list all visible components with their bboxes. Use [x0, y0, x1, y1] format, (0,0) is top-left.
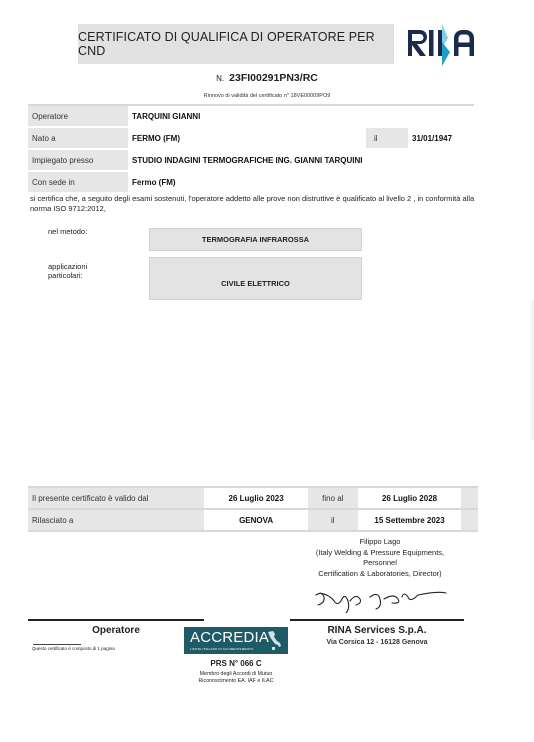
valid-from-value: 26 Luglio 2023: [204, 487, 308, 509]
rina-logo-icon: [406, 18, 478, 70]
table-row: Impiegato presso STUDIO INDAGINI TERMOGR…: [28, 149, 474, 171]
mutual-line1: Membro degli Accordi di Mutuo: [170, 671, 302, 678]
table-row: Rilasciato a GENOVA il 15 Settembre 2023: [28, 509, 478, 531]
signer-role-line3: Certification & Laboratories, Director): [290, 569, 470, 580]
issued-on-label: il: [308, 509, 358, 531]
employer-value: STUDIO INDAGINI TERMOGRAFICHE ING. GIANN…: [128, 149, 474, 171]
applications-label-line1: applicazioni: [48, 262, 87, 271]
certificate-title: CERTIFICATO DI QUALIFICA DI OPERATORE PE…: [78, 24, 394, 64]
company-signature-line: [290, 619, 464, 621]
table-row: Con sede in Fermo (FM): [28, 171, 474, 193]
method-value: TERMOGRAFIA INFRAROSSA: [149, 228, 362, 251]
birthplace-value: FERMO (FM): [128, 127, 366, 149]
issued-at-label: Rilasciato a: [28, 509, 204, 531]
accredia-brand: ACCREDIA: [190, 629, 269, 646]
applications-label: applicazioni particolari:: [48, 262, 87, 280]
method-label: nel metodo:: [48, 227, 87, 236]
signer-role-line1: (Italy Welding & Pressure Equipments,: [290, 548, 470, 559]
location-label: Con sede in: [28, 171, 128, 193]
page-edge-shadow: [528, 300, 534, 440]
accredia-logo: ACCREDIA L'ENTE ITALIANO DI ACCREDITAMEN…: [184, 627, 288, 654]
italy-map-icon: [266, 630, 282, 652]
issued-at-value: GENOVA: [204, 509, 308, 531]
birthdate-value: 31/01/1947: [408, 127, 474, 149]
location-value: Fermo (FM): [128, 171, 474, 193]
certificate-number-prefix: N.: [216, 74, 224, 83]
valid-from-label: Il presente certificato è valido dal: [28, 487, 204, 509]
rina-logo: [406, 18, 478, 70]
operator-value: TARQUINI GIANNI: [128, 105, 474, 127]
operator-label: Operatore: [28, 105, 128, 127]
signature-icon: [310, 587, 450, 613]
operator-signature-line: [28, 619, 204, 621]
applications-label-line2: particolari:: [48, 271, 87, 280]
divider: [33, 644, 81, 645]
pages-note: Questo certificato è composto di 1 pagin…: [32, 646, 115, 651]
prs-number: PRS N° 066 C: [184, 659, 288, 668]
table-row: Nato a FERMO (FM) il 31/01/1947: [28, 127, 474, 149]
company-address: Via Corsica 12 - 16128 Genova: [290, 639, 464, 646]
signer-block: Filippo Lago (Italy Welding & Pressure E…: [290, 537, 470, 579]
mutual-recognition-note: Membro degli Accordi di Mutuo Riconoscim…: [170, 671, 302, 685]
renewal-note: Rinnovo di validità del certificato n° 1…: [0, 93, 534, 99]
applications-value: CIVILE ELETTRICO: [149, 257, 362, 300]
mutual-line2: Riconoscimento EA, IAF e ILAC: [170, 678, 302, 685]
issued-on-value: 15 Settembre 2023: [358, 509, 462, 531]
table-row: Il presente certificato è valido dal 26 …: [28, 487, 478, 509]
signer-role-line2: Personnel: [290, 558, 470, 569]
table-row: Operatore TARQUINI GIANNI: [28, 105, 474, 127]
certification-statement: si certifica che, a seguito degli esami …: [30, 194, 480, 214]
company-name: RINA Services S.p.A.: [290, 625, 464, 636]
accredia-subtitle: L'ENTE ITALIANO DI ACCREDITAMENTO: [190, 647, 254, 651]
operator-table: Operatore TARQUINI GIANNI Nato a FERMO (…: [28, 104, 474, 194]
operator-signature-label: Operatore: [28, 625, 204, 636]
valid-until-label: fino al: [308, 487, 358, 509]
employer-label: Impiegato presso: [28, 149, 128, 171]
validity-table: Il presente certificato è valido dal 26 …: [28, 486, 478, 532]
valid-until-value: 26 Luglio 2028: [358, 487, 462, 509]
birthdate-label: il: [366, 127, 408, 149]
certificate-number-value: 23FI00291PN3/RC: [229, 72, 318, 84]
signer-name: Filippo Lago: [290, 537, 470, 548]
birthplace-label: Nato a: [28, 127, 128, 149]
certificate-number: N.23FI00291PN3/RC: [0, 72, 534, 84]
